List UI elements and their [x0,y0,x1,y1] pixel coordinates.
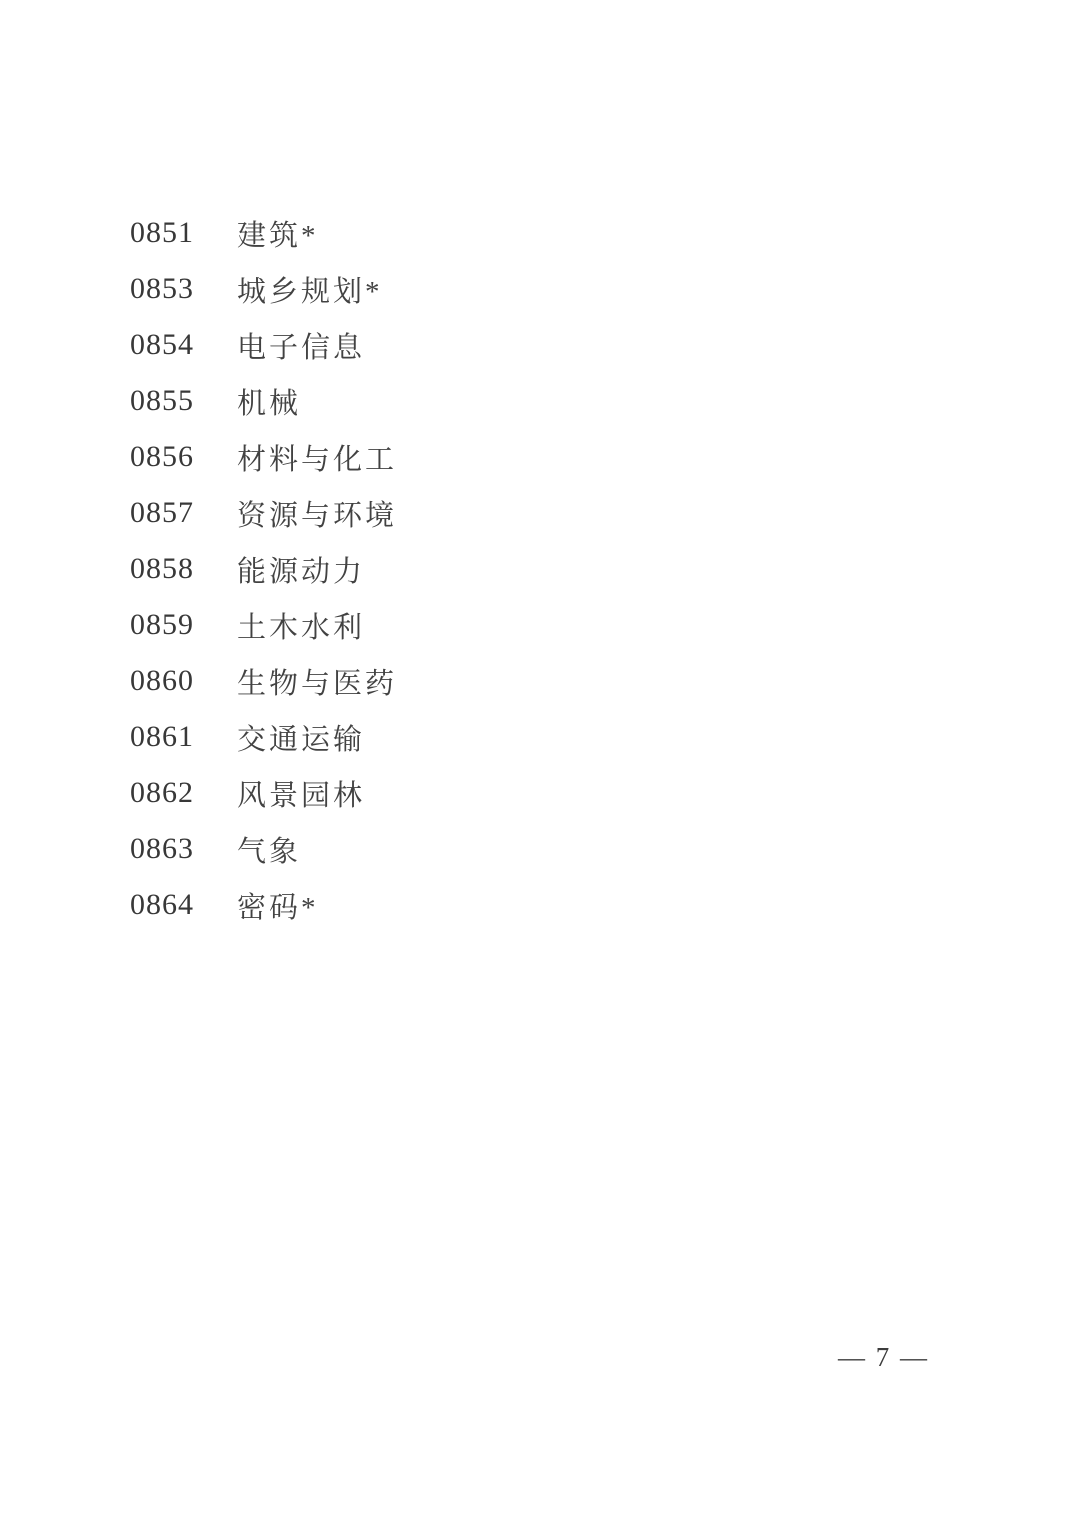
page-number: — 7 — [838,1342,929,1373]
category-name: 城乡规划* [237,269,383,310]
category-code: 0864 [130,888,237,922]
category-name: 密码* [237,885,319,926]
category-code: 0863 [130,832,237,866]
category-name: 机械 [237,381,301,422]
category-code: 0858 [130,552,237,586]
list-item: 0861 交通运输 [130,709,397,765]
list-item: 0860 生物与医药 [130,653,397,709]
category-code: 0854 [130,328,237,362]
list-item: 0853 城乡规划* [130,261,397,317]
document-page: 0851 建筑* 0853 城乡规划* 0854 电子信息 0855 机械 08… [0,0,1080,1524]
category-name: 气象 [237,829,301,870]
list-item: 0858 能源动力 [130,541,397,597]
category-code: 0861 [130,720,237,754]
category-name: 土木水利 [237,605,365,646]
category-code: 0856 [130,440,237,474]
category-code: 0859 [130,608,237,642]
category-name: 交通运输 [237,717,365,758]
category-code: 0857 [130,496,237,530]
category-code: 0851 [130,216,237,250]
category-code: 0860 [130,664,237,698]
category-code: 0862 [130,776,237,810]
category-name: 风景园林 [237,773,365,814]
category-name: 资源与环境 [237,493,397,534]
list-item: 0856 材料与化工 [130,429,397,485]
list-item: 0851 建筑* [130,205,397,261]
category-name: 电子信息 [237,325,365,366]
category-name: 生物与医药 [237,661,397,702]
category-name: 建筑* [237,213,319,254]
list-item: 0854 电子信息 [130,317,397,373]
category-name: 能源动力 [237,549,365,590]
list-item: 0863 气象 [130,821,397,877]
list-item: 0864 密码* [130,877,397,933]
list-item: 0859 土木水利 [130,597,397,653]
category-name: 材料与化工 [237,437,397,478]
list-item: 0857 资源与环境 [130,485,397,541]
category-code: 0855 [130,384,237,418]
list-item: 0855 机械 [130,373,397,429]
category-code: 0853 [130,272,237,306]
degree-category-list: 0851 建筑* 0853 城乡规划* 0854 电子信息 0855 机械 08… [130,205,397,933]
list-item: 0862 风景园林 [130,765,397,821]
